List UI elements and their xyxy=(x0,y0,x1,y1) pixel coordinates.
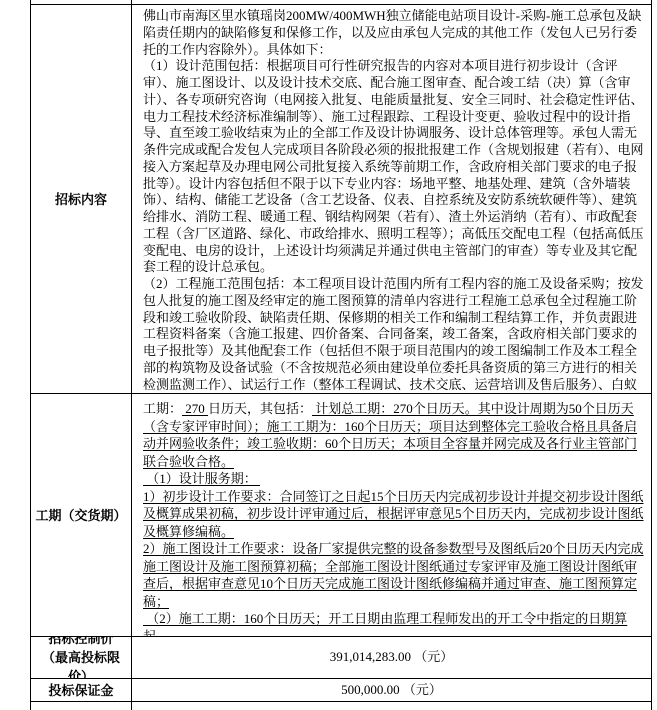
paragraph: 工期： 270 日历天，其包括： 计划总工期：270个日历天。其中设计周期为50… xyxy=(143,400,645,470)
delivery-period-value-cell: 工期： 270 日历天，其包括： 计划总工期：270个日历天。其中设计周期为50… xyxy=(132,394,651,636)
text-segment: （2）工程施工范围包括：本工程项目设计范围内所有工程内容的施工及设备采购；按发包… xyxy=(143,276,644,393)
paragraph: 2）施工图设计工作要求：设备厂家提供完整的设备参数型号及图纸后20个日历天内完成… xyxy=(143,540,645,610)
table-row-price-ceiling: 招标控制价 （最高投标限价） 391,014,283.00 （元） xyxy=(31,636,651,678)
text-segment: （1）设计范围包括：根据项目可行性研究报告的内容对本项目进行初步设计（含评审）、… xyxy=(143,58,644,274)
price-ceiling-label: 招标控制价 （最高投标限价） xyxy=(33,637,129,678)
delivery-period-label: 工期（交货期） xyxy=(35,506,126,525)
paragraph: （1）设计服务期： xyxy=(143,470,645,488)
underlined-text-segment: （2）施工工期：160个日历天；开工日期由监理工程师发出的开工令中指定的日期算起… xyxy=(143,611,627,636)
text-segment: 391,014,283.00 （元） xyxy=(330,649,454,664)
table-row-delivery-period: 工期（交货期） 工期： 270 日历天，其包括： 计划总工期：270个日历天。其… xyxy=(31,393,651,636)
text-segment: 500,000.00 （元） xyxy=(341,682,442,697)
paragraph: 391,014,283.00 （元） xyxy=(330,649,454,666)
delivery-period-label-cell: 工期（交货期） xyxy=(31,394,132,636)
partial-bottom-label-cell xyxy=(31,702,132,710)
bid-bond-label: 投标保证金 xyxy=(48,681,113,700)
paragraph: （2）施工工期：160个日历天；开工日期由监理工程师发出的开工令中指定的日期算起… xyxy=(143,610,645,636)
text-segment: 工期： xyxy=(143,401,182,416)
bid-bond-value-cell: 500,000.00 （元） xyxy=(132,679,651,701)
table-row-tender-content: 招标内容 佛山市南海区里水镇瑶岗200MW/400MWH独立储能电站项目设计-采… xyxy=(31,4,651,393)
price-ceiling-value-cell: 391,014,283.00 （元） xyxy=(132,637,651,678)
text-segment: 日历天，其包括： xyxy=(208,401,312,416)
paragraph: 1）初步设计工作要求：合同签订之日起15个日历天内完成初步设计并提交初步设计图纸… xyxy=(143,488,645,541)
paragraph: （1）设计范围包括：根据项目可行性研究报告的内容对本项目进行初步设计（含评审）、… xyxy=(143,58,645,276)
underlined-text-segment: （1）设计服务期： xyxy=(143,471,260,486)
underlined-text-segment: 1）初步设计工作要求：合同签订之日起15个日历天内完成初步设计并提交初步设计图纸… xyxy=(143,489,644,539)
paragraph: （2）工程施工范围包括：本工程项目设计范围内所有工程内容的施工及设备采购；按发包… xyxy=(143,276,645,393)
table-row-bid-bond: 投标保证金 500,000.00 （元） xyxy=(31,678,651,701)
tender-info-table: 招标内容 佛山市南海区里水镇瑶岗200MW/400MWH独立储能电站项目设计-采… xyxy=(30,0,652,710)
table-row-partial-bottom xyxy=(31,701,651,710)
price-ceiling-label-cell: 招标控制价 （最高投标限价） xyxy=(31,637,132,678)
partial-bottom-content-cell xyxy=(132,702,651,710)
tender-content-label-cell: 招标内容 xyxy=(31,5,132,393)
tender-content-label: 招标内容 xyxy=(55,190,107,209)
paragraph: 佛山市南海区里水镇瑶岗200MW/400MWH独立储能电站项目设计-采购-施工总… xyxy=(143,8,645,58)
paragraph: 500,000.00 （元） xyxy=(341,682,442,699)
underlined-text-segment: 2）施工图设计工作要求：设备厂家提供完整的设备参数型号及图纸后20个日历天内完成… xyxy=(143,541,644,609)
text-segment: 佛山市南海区里水镇瑶岗200MW/400MWH独立储能电站项目设计-采购-施工总… xyxy=(143,8,641,57)
bid-bond-label-cell: 投标保证金 xyxy=(31,679,132,701)
tender-content-value-cell: 佛山市南海区里水镇瑶岗200MW/400MWH独立储能电站项目设计-采购-施工总… xyxy=(132,5,651,393)
underlined-text-segment: 270 xyxy=(182,401,208,416)
